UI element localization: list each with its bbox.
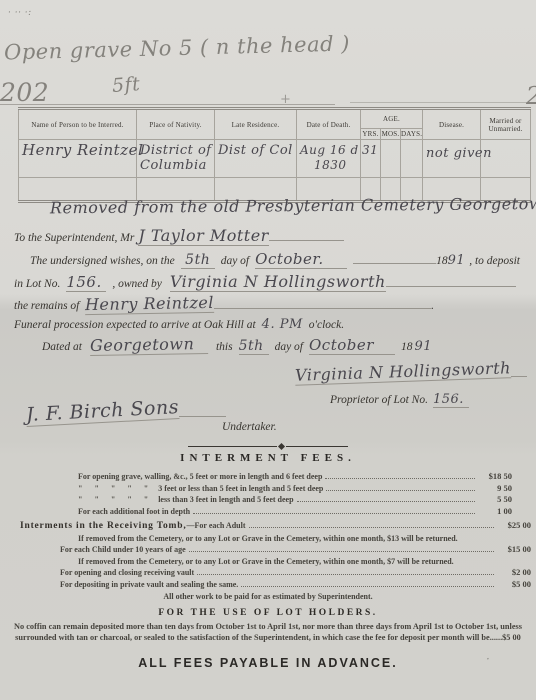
fee-row: For each Child under 10 years of age $15…: [20, 544, 531, 556]
wishes-day: 5th: [181, 252, 215, 269]
depth-note: 5ft: [111, 73, 141, 97]
fee-note-row: If removed from the Cemetery, or to any …: [20, 556, 531, 568]
fees-section: INTERMENT FEES. For opening grave, walli…: [0, 452, 536, 670]
lot-holders-title: FOR THE USE OF LOT HOLDERS.: [0, 608, 536, 618]
col-header-days: DAYS.: [401, 129, 423, 140]
dotted-leader: [249, 527, 495, 528]
wishes-text-4: , to deposit: [469, 255, 520, 267]
ruled-line: [179, 416, 226, 417]
undertaker-label: Undertaker.: [222, 421, 277, 433]
pencil-marks: · ·· ·:: [8, 8, 32, 18]
wishes-year: 91: [448, 253, 466, 268]
ruled-line: [353, 263, 436, 264]
entry-death-date: Aug 16 d1830: [297, 140, 360, 173]
entry-age-yrs: 31: [361, 140, 380, 158]
lot-owner-name: Virginia N Hollingsworth: [170, 272, 386, 292]
wishes-text-3: 18: [436, 255, 448, 267]
ruled-line: [269, 240, 344, 241]
grave-note: Open grave No 5 ( n the head ): [4, 31, 350, 64]
entry-nativity: District ofColumbia: [137, 140, 214, 173]
remains-name: Henry Reintzel: [85, 293, 214, 315]
funeral-text-2: o'clock.: [309, 319, 344, 331]
ornament-bar: [286, 446, 348, 448]
ruled-line: [386, 286, 516, 287]
entry-age-mos: [381, 140, 400, 143]
funeral-time: 4. PM: [262, 317, 303, 332]
fee-row: For opening and closing receiving vault …: [20, 567, 531, 579]
dotted-leader: [297, 501, 475, 502]
dotted-leader: [326, 490, 475, 491]
lot-text-1: in Lot No.: [14, 278, 60, 290]
fee-row: Interments in the Receiving Tomb, —For e…: [20, 520, 531, 533]
entry-residence: Dist of Col: [215, 140, 296, 158]
dated-text-4: 18: [401, 341, 413, 353]
entry-disease: not given: [423, 140, 480, 161]
pencil-rule-left: [0, 104, 335, 105]
entry-name: Henry Reintzel: [19, 140, 136, 158]
dotted-leader: [325, 478, 475, 479]
dated-day: 5th: [239, 338, 269, 355]
all-other-work-note: All other work to be paid for as estimat…: [0, 592, 536, 601]
remains-text: the remains of: [14, 300, 79, 312]
dotted-leader: [189, 551, 494, 552]
col-header-nativity: Place of Nativity.: [137, 109, 215, 140]
lot-text-2: , owned by: [112, 278, 162, 290]
fee-row: " " " " " 3 feet or less than 5 feet in …: [78, 483, 512, 495]
undertaker-signature: J. F. Birch Sons: [26, 396, 180, 427]
col-header-married: Married or Unmarried.: [481, 109, 531, 140]
proprietor-lot-number: 156.: [433, 392, 469, 408]
funeral-text-1: Funeral procession expected to arrive at…: [14, 319, 256, 331]
pencil-rule-right: [350, 102, 536, 103]
wishes-text-1: The undersigned wishes, on the: [30, 255, 175, 267]
owner-signature: Virginia N Hollingsworth: [295, 358, 512, 386]
interment-register-table: Name of Person to be Interred. Place of …: [18, 107, 531, 203]
stray-bottom-mark: ·: [486, 652, 490, 666]
superintendent-label: To the Superintendent, Mr: [14, 232, 134, 244]
col-header-residence: Late Residence.: [215, 109, 297, 140]
dated-text-2: this: [216, 341, 233, 353]
advance-notice: ALL FEES PAYABLE IN ADVANCE.: [0, 656, 536, 670]
page-number-left: 202: [0, 78, 49, 107]
col-header-age: AGE.: [361, 109, 423, 129]
remains-period: .: [431, 300, 434, 312]
dotted-leader: [197, 574, 494, 575]
col-header-name: Name of Person to be Interred.: [19, 109, 137, 140]
fee-row: For each additional foot in depth 1 00: [78, 506, 512, 518]
entry-age-days: [401, 140, 422, 143]
ruled-line: [214, 308, 431, 309]
proprietor-label: Proprietor of Lot No.: [330, 394, 428, 406]
dotted-leader: [241, 586, 494, 587]
fee-row: For depositing in private vault and seal…: [20, 579, 531, 591]
superintendent-name: J Taylor Motter: [138, 226, 268, 246]
page-number-right-partial: 2: [526, 82, 536, 110]
dated-text-1: Dated at: [42, 341, 82, 353]
fee-row: For opening grave, walling, &c., 5 feet …: [78, 471, 512, 483]
dated-month: October: [309, 336, 395, 355]
col-header-yrs: YRS.: [361, 129, 381, 140]
dated-place: Georgetown: [90, 334, 208, 356]
col-header-death: Date of Death.: [297, 109, 361, 140]
ornament-rule: [188, 444, 348, 449]
dotted-leader: [193, 513, 475, 514]
scanned-interment-form: · ·· ·: Open grave No 5 ( n the head ) 5…: [0, 0, 536, 700]
table-row: Henry Reintzel District ofColumbia Dist …: [19, 140, 531, 178]
wishes-month: October.: [255, 250, 347, 269]
dated-year: 91: [415, 339, 433, 354]
fee-row: " " " " " less than 3 feet in length and…: [78, 494, 512, 506]
entry-married: [481, 140, 530, 143]
col-header-mos: MOS.: [381, 129, 401, 140]
fee-note-row: If removed from the Cemetery, or to any …: [20, 533, 531, 545]
removal-note: Removed from the old Presbyterian Cemete…: [50, 194, 536, 218]
diamond-ornament: [278, 443, 285, 450]
fees-title: INTERMENT FEES.: [0, 452, 536, 464]
lot-number: 156.: [66, 273, 106, 292]
col-header-disease: Disease.: [423, 109, 481, 140]
ruled-line: [511, 376, 527, 377]
lot-holders-paragraph: No coffin can remain deposited more than…: [0, 622, 536, 644]
ornament-bar: [188, 446, 277, 448]
wishes-text-2: day of: [221, 255, 249, 267]
dated-text-3: day of: [275, 341, 303, 353]
